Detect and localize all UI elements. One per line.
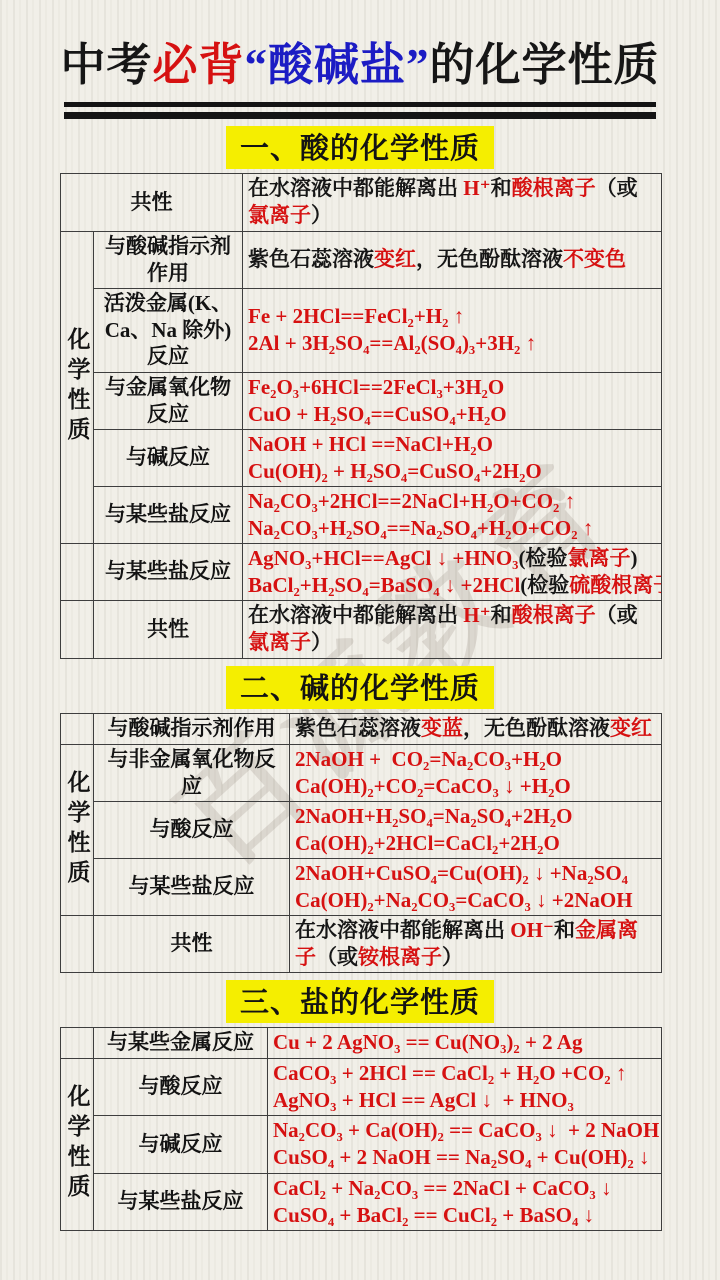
row-content: 2NaOH+H₂SO₄=Na₂SO₄+2H₂O Ca(OH)₂+2HCl=CaC…	[290, 801, 662, 858]
table-row: 与某些盐反应 Na₂CO₃+2HCl==2NaCl+H₂O+CO₂ ↑ Na₂C…	[61, 486, 662, 543]
formula-line: CuSO₄ + BaCl₂ == CuCl₂ + BaSO₄ ↓	[273, 1202, 656, 1229]
table-row: 与金属氧化物反应 Fe₂O₃+6HCl==2FeCl₃+3H₂O CuO + H…	[61, 372, 662, 429]
table-row: 与酸碱指示剂作用 紫色石蕊溶液变蓝，无色酚酞溶液变红	[61, 713, 662, 744]
row-content: CaCO₃ + 2HCl == CaCl₂ + H₂O +CO₂ ↑ AgNO₃…	[268, 1058, 662, 1115]
formula-line: CaCl₂ + Na₂CO₃ == 2NaCl + CaCO₃ ↓	[273, 1175, 656, 1202]
table-row: 与某些盐反应 CaCl₂ + Na₂CO₃ == 2NaCl + CaCO₃ ↓…	[61, 1173, 662, 1230]
formula-line: Na₂CO₃+H₂SO₄==Na₂SO₄+H₂O+CO₂ ↑	[248, 515, 656, 542]
section-heading-acid: 一、酸的化学性质	[226, 126, 494, 169]
divider-line-bottom	[64, 112, 656, 119]
row-label: 共性	[61, 173, 243, 231]
table-row: 化学性质 与酸反应 CaCO₃ + 2HCl == CaCl₂ + H₂O +C…	[61, 1058, 662, 1115]
table-row: 与某些盐反应 AgNO₃+HCl==AgCl ↓ +HNO₃(检验氯离子) Ba…	[61, 543, 662, 600]
base-properties-table: 与酸碱指示剂作用 紫色石蕊溶液变蓝，无色酚酞溶液变红 化学性质 与非金属氧化物反…	[60, 713, 662, 973]
property-text: 在水溶液中都能解离出 H⁺和酸根离子（或氯离子）	[248, 602, 656, 656]
row-content: 2NaOH + CO₂=Na₂CO₃+H₂O Ca(OH)₂+CO₂=CaCO₃…	[290, 744, 662, 801]
table-row: 共性 在水溶液中都能解离出 H⁺和酸根离子（或氯离子）	[61, 600, 662, 658]
row-content: Na₂CO₃+2HCl==2NaCl+H₂O+CO₂ ↑ Na₂CO₃+H₂SO…	[243, 486, 662, 543]
table-row: 化学性质 与非金属氧化物反应 2NaOH + CO₂=Na₂CO₃+H₂O Ca…	[61, 744, 662, 801]
table-row: 与碱反应 NaOH + HCl ==NaCl+H₂O Cu(OH)₂ + H₂S…	[61, 429, 662, 486]
property-text: 紫色石蕊溶液变红，无色酚酞溶液不变色	[248, 246, 656, 273]
category-label: 化学性质	[61, 744, 94, 915]
property-text: 在水溶液中都能解离出 H⁺和酸根离子（或氯离子）	[248, 175, 656, 229]
category-cell-empty	[61, 543, 94, 600]
category-cell-empty	[61, 1027, 94, 1058]
formula-line: Fe + 2HCl==FeCl₂+H₂ ↑	[248, 303, 656, 330]
category-cell-empty	[61, 915, 94, 972]
row-label: 与非金属氧化物反应	[94, 744, 290, 801]
row-label: 与某些盐反应	[94, 1173, 268, 1230]
section-heading-base: 二、碱的化学性质	[226, 666, 494, 709]
row-content: 在水溶液中都能解离出 OH⁻和金属离子（或铵根离子）	[290, 915, 662, 972]
formula-line: BaCl₂+H₂SO₄=BaSO₄ ↓ +2HCl(检验硫酸根离子)	[248, 572, 656, 599]
salt-properties-table: 与某些金属反应 Cu + 2 AgNO₃ == Cu(NO₃)₂ + 2 Ag …	[60, 1027, 662, 1231]
acid-properties-table: 共性 在水溶液中都能解离出 H⁺和酸根离子（或氯离子） 化学性质 与酸碱指示剂作…	[60, 173, 662, 659]
divider-line-top	[64, 102, 656, 107]
formula-line: Ca(OH)₂+CO₂=CaCO₃ ↓ +H₂O	[295, 773, 656, 800]
row-label: 与金属氧化物反应	[94, 372, 243, 429]
table-row: 共性 在水溶液中都能解离出 OH⁻和金属离子（或铵根离子）	[61, 915, 662, 972]
formula-line: CaCO₃ + 2HCl == CaCl₂ + H₂O +CO₂ ↑	[273, 1060, 656, 1087]
table-row: 与酸反应 2NaOH+H₂SO₄=Na₂SO₄+2H₂O Ca(OH)₂+2HC…	[61, 801, 662, 858]
formula-line: Ca(OH)₂+Na₂CO₃=CaCO₃ ↓ +2NaOH	[295, 887, 656, 914]
row-content: Fe + 2HCl==FeCl₂+H₂ ↑ 2Al + 3H₂SO₄==Al₂(…	[243, 288, 662, 372]
page-title: 中考必背“酸碱盐”的化学性质	[10, 40, 710, 92]
formula-line: Cu + 2 AgNO₃ == Cu(NO₃)₂ + 2 Ag	[273, 1029, 656, 1056]
formula-line: NaOH + HCl ==NaCl+H₂O	[248, 431, 656, 458]
formula-line: Na₂CO₃ + Ca(OH)₂ == CaCO₃ ↓ + 2 NaOH	[273, 1117, 656, 1144]
category-cell-empty	[61, 713, 94, 744]
category-label: 化学性质	[61, 1058, 94, 1230]
row-content: 2NaOH+CuSO₄=Cu(OH)₂ ↓ +Na₂SO₄ Ca(OH)₂+Na…	[290, 858, 662, 915]
row-label: 与某些盐反应	[94, 858, 290, 915]
row-label: 共性	[94, 600, 243, 658]
formula-line: 2Al + 3H₂SO₄==Al₂(SO₄)₃+3H₂ ↑	[248, 330, 656, 357]
formula-line: Ca(OH)₂+2HCl=CaCl₂+2H₂O	[295, 830, 656, 857]
row-content: CaCl₂ + Na₂CO₃ == 2NaCl + CaCO₃ ↓ CuSO₄ …	[268, 1173, 662, 1230]
row-label: 活泼金属(K、Ca、Na 除外)反应	[94, 288, 243, 372]
row-content: 在水溶液中都能解离出 H⁺和酸根离子（或氯离子）	[243, 173, 662, 231]
property-text: 紫色石蕊溶液变蓝，无色酚酞溶液变红	[295, 715, 656, 742]
table-row: 化学性质 与酸碱指示剂作用 紫色石蕊溶液变红，无色酚酞溶液不变色	[61, 231, 662, 288]
section-heading-salt: 三、盐的化学性质	[226, 980, 494, 1023]
formula-line: CuSO₄ + 2 NaOH == Na₂SO₄ + Cu(OH)₂ ↓	[273, 1144, 656, 1171]
table-row: 与碱反应 Na₂CO₃ + Ca(OH)₂ == CaCO₃ ↓ + 2 NaO…	[61, 1115, 662, 1173]
row-label: 与酸反应	[94, 1058, 268, 1115]
row-content: 在水溶液中都能解离出 H⁺和酸根离子（或氯离子）	[243, 600, 662, 658]
formula-line: Fe₂O₃+6HCl==2FeCl₃+3H₂O	[248, 374, 656, 401]
title-divider	[64, 102, 656, 119]
row-content: 紫色石蕊溶液变红，无色酚酞溶液不变色	[243, 231, 662, 288]
row-label: 与酸碱指示剂作用	[94, 231, 243, 288]
row-label: 与酸碱指示剂作用	[94, 713, 290, 744]
row-label: 与某些盐反应	[94, 486, 243, 543]
row-content: Na₂CO₃ + Ca(OH)₂ == CaCO₃ ↓ + 2 NaOH CuS…	[268, 1115, 662, 1173]
worksheet-page: 百源教育 中考必背“酸碱盐”的化学性质 一、酸的化学性质 共性 在水溶液中都能解…	[0, 0, 720, 1280]
formula-line: CuO + H₂SO₄==CuSO₄+H₂O	[248, 401, 656, 428]
formula-line: 2NaOH + CO₂=Na₂CO₃+H₂O	[295, 746, 656, 773]
row-label: 与碱反应	[94, 1115, 268, 1173]
row-content: Fe₂O₃+6HCl==2FeCl₃+3H₂O CuO + H₂SO₄==CuS…	[243, 372, 662, 429]
table-row: 共性 在水溶液中都能解离出 H⁺和酸根离子（或氯离子）	[61, 173, 662, 231]
category-cell-empty	[61, 600, 94, 658]
formula-line: Cu(OH)₂ + H₂SO₄=CuSO₄+2H₂O	[248, 458, 656, 485]
table-row: 活泼金属(K、Ca、Na 除外)反应 Fe + 2HCl==FeCl₂+H₂ ↑…	[61, 288, 662, 372]
row-content: Cu + 2 AgNO₃ == Cu(NO₃)₂ + 2 Ag	[268, 1027, 662, 1058]
category-label: 化学性质	[61, 231, 94, 543]
formula-line: Na₂CO₃+2HCl==2NaCl+H₂O+CO₂ ↑	[248, 488, 656, 515]
row-content: 紫色石蕊溶液变蓝，无色酚酞溶液变红	[290, 713, 662, 744]
table-row: 与某些盐反应 2NaOH+CuSO₄=Cu(OH)₂ ↓ +Na₂SO₄ Ca(…	[61, 858, 662, 915]
formula-line: 2NaOH+H₂SO₄=Na₂SO₄+2H₂O	[295, 803, 656, 830]
row-label: 与碱反应	[94, 429, 243, 486]
row-label: 与某些盐反应	[94, 543, 243, 600]
row-content: NaOH + HCl ==NaCl+H₂O Cu(OH)₂ + H₂SO₄=Cu…	[243, 429, 662, 486]
property-text: 在水溶液中都能解离出 OH⁻和金属离子（或铵根离子）	[295, 917, 656, 971]
table-row: 与某些金属反应 Cu + 2 AgNO₃ == Cu(NO₃)₂ + 2 Ag	[61, 1027, 662, 1058]
formula-line: AgNO₃+HCl==AgCl ↓ +HNO₃(检验氯离子)	[248, 545, 656, 572]
row-content: AgNO₃+HCl==AgCl ↓ +HNO₃(检验氯离子) BaCl₂+H₂S…	[243, 543, 662, 600]
row-label: 与某些金属反应	[94, 1027, 268, 1058]
formula-line: AgNO₃ + HCl == AgCl ↓ + HNO₃	[273, 1087, 656, 1114]
formula-line: 2NaOH+CuSO₄=Cu(OH)₂ ↓ +Na₂SO₄	[295, 860, 656, 887]
row-label: 共性	[94, 915, 290, 972]
row-label: 与酸反应	[94, 801, 290, 858]
